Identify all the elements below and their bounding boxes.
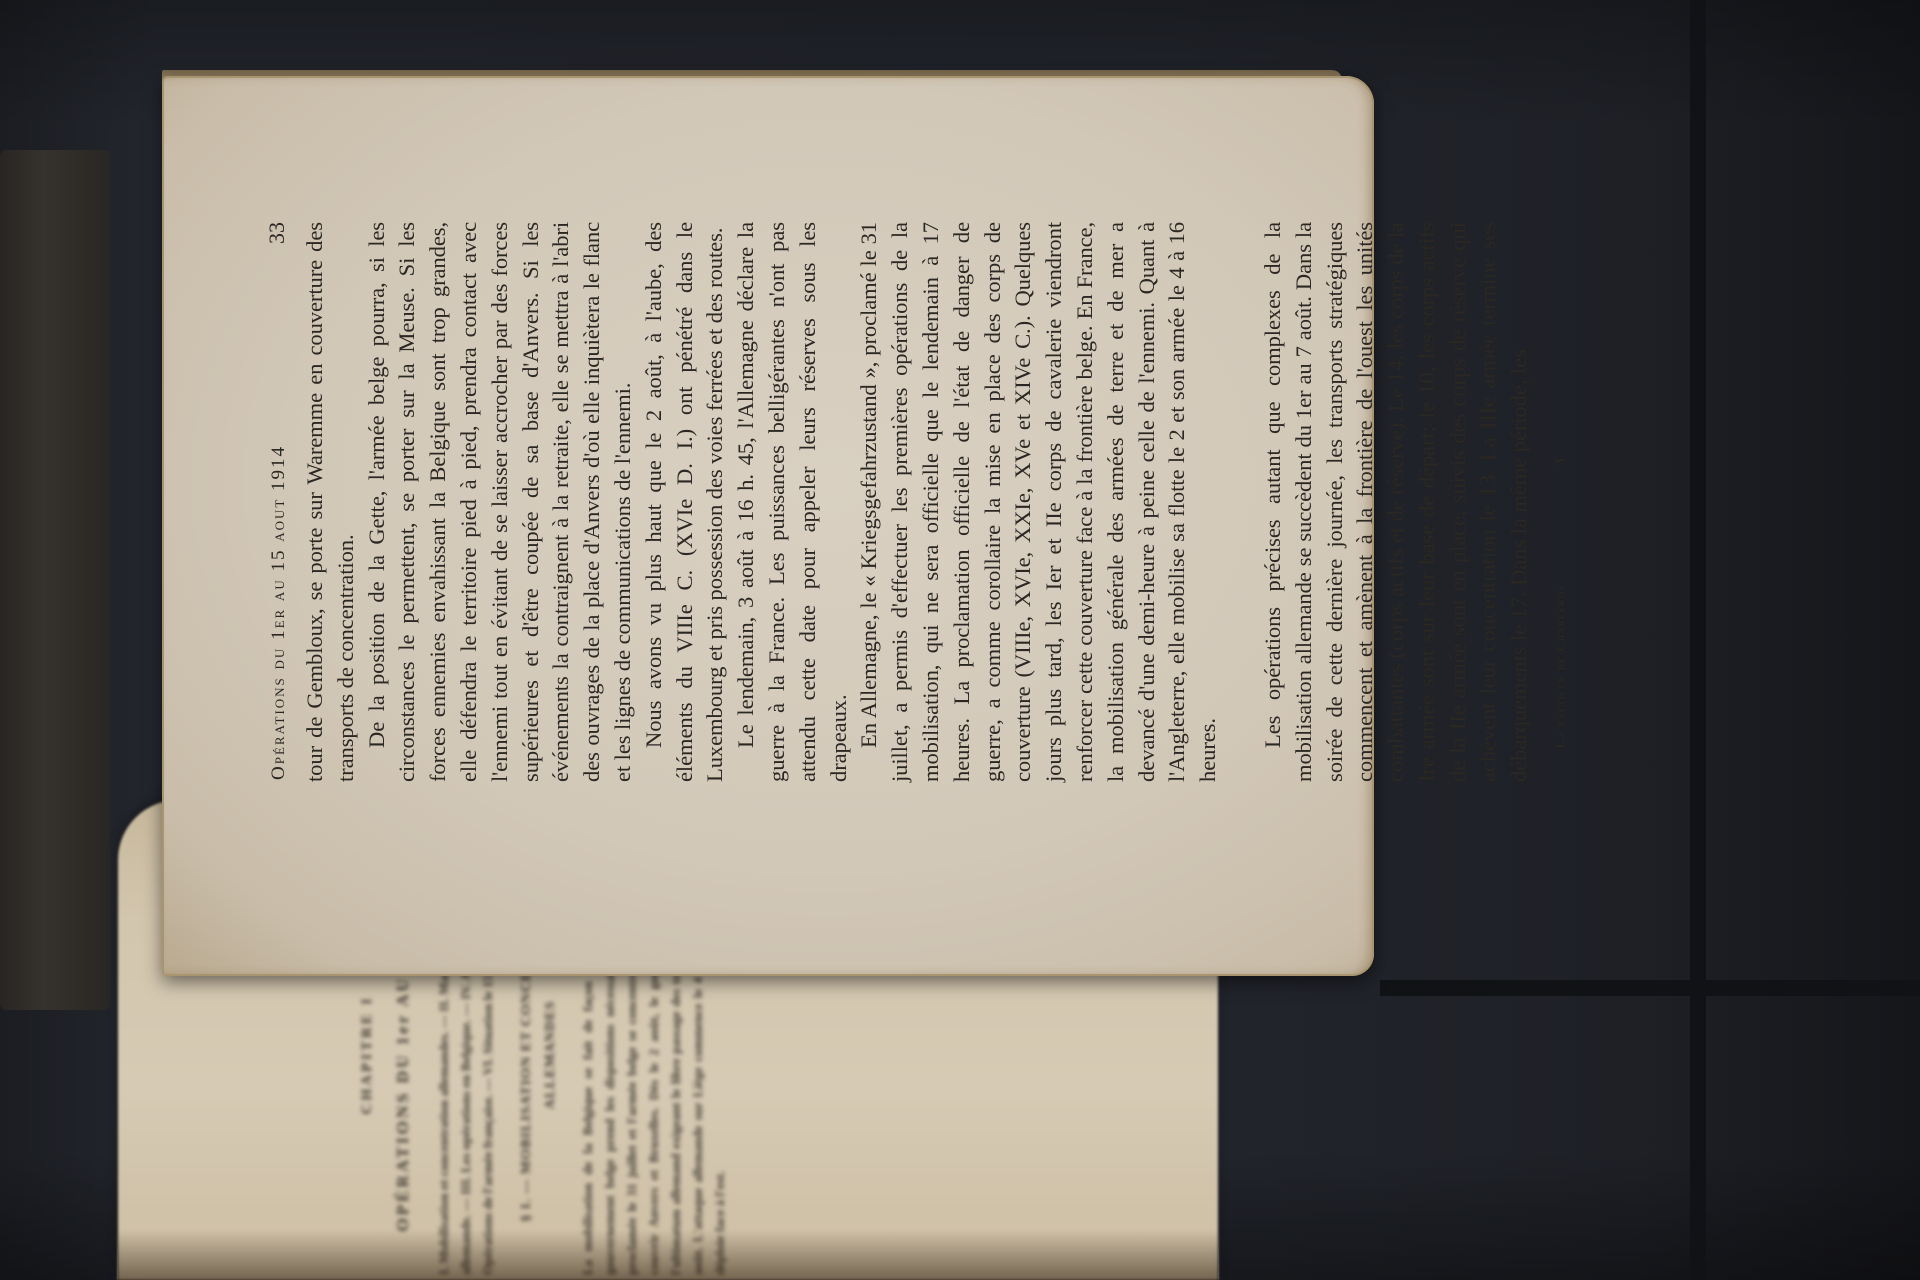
- running-head: Opérations du 1er au 15 aout 1914 33: [262, 222, 292, 782]
- paragraph-2: De la position de la Gette, l'armée belg…: [362, 222, 639, 782]
- paragraph-5: En Allemagne, le « Kriegsgefahrzustand »…: [854, 222, 1224, 782]
- page-number: 33: [262, 222, 293, 244]
- paragraph-1: tour de Gembloux, se porte sur Waremme e…: [300, 222, 362, 782]
- paragraph-gap: [1224, 222, 1258, 782]
- paragraph-3: Nous avons vu plus haut que le 2 août, à…: [639, 222, 731, 782]
- page-text-block: Opérations du 1er au 15 aout 1914 33 tou…: [262, 222, 1576, 782]
- paragraph-4: Le lendemain, 3 août à 16 h. 45, l'Allem…: [731, 222, 854, 782]
- shelf-edge: [1380, 980, 1920, 996]
- signature-title: La bataille de Charleroi: [1545, 586, 1576, 748]
- page-curl-shadow: [118, 1230, 1218, 1280]
- book-strap: [0, 150, 110, 1010]
- signature-number: 3: [1545, 457, 1576, 466]
- paragraph-6: Les opérations précises autant que compl…: [1258, 222, 1535, 782]
- shelf-divider: [1690, 0, 1706, 1280]
- running-head-title: Opérations du 1er au 15 aout 1914: [264, 445, 295, 782]
- signature-line: La bataille de Charleroi 3: [1545, 222, 1576, 782]
